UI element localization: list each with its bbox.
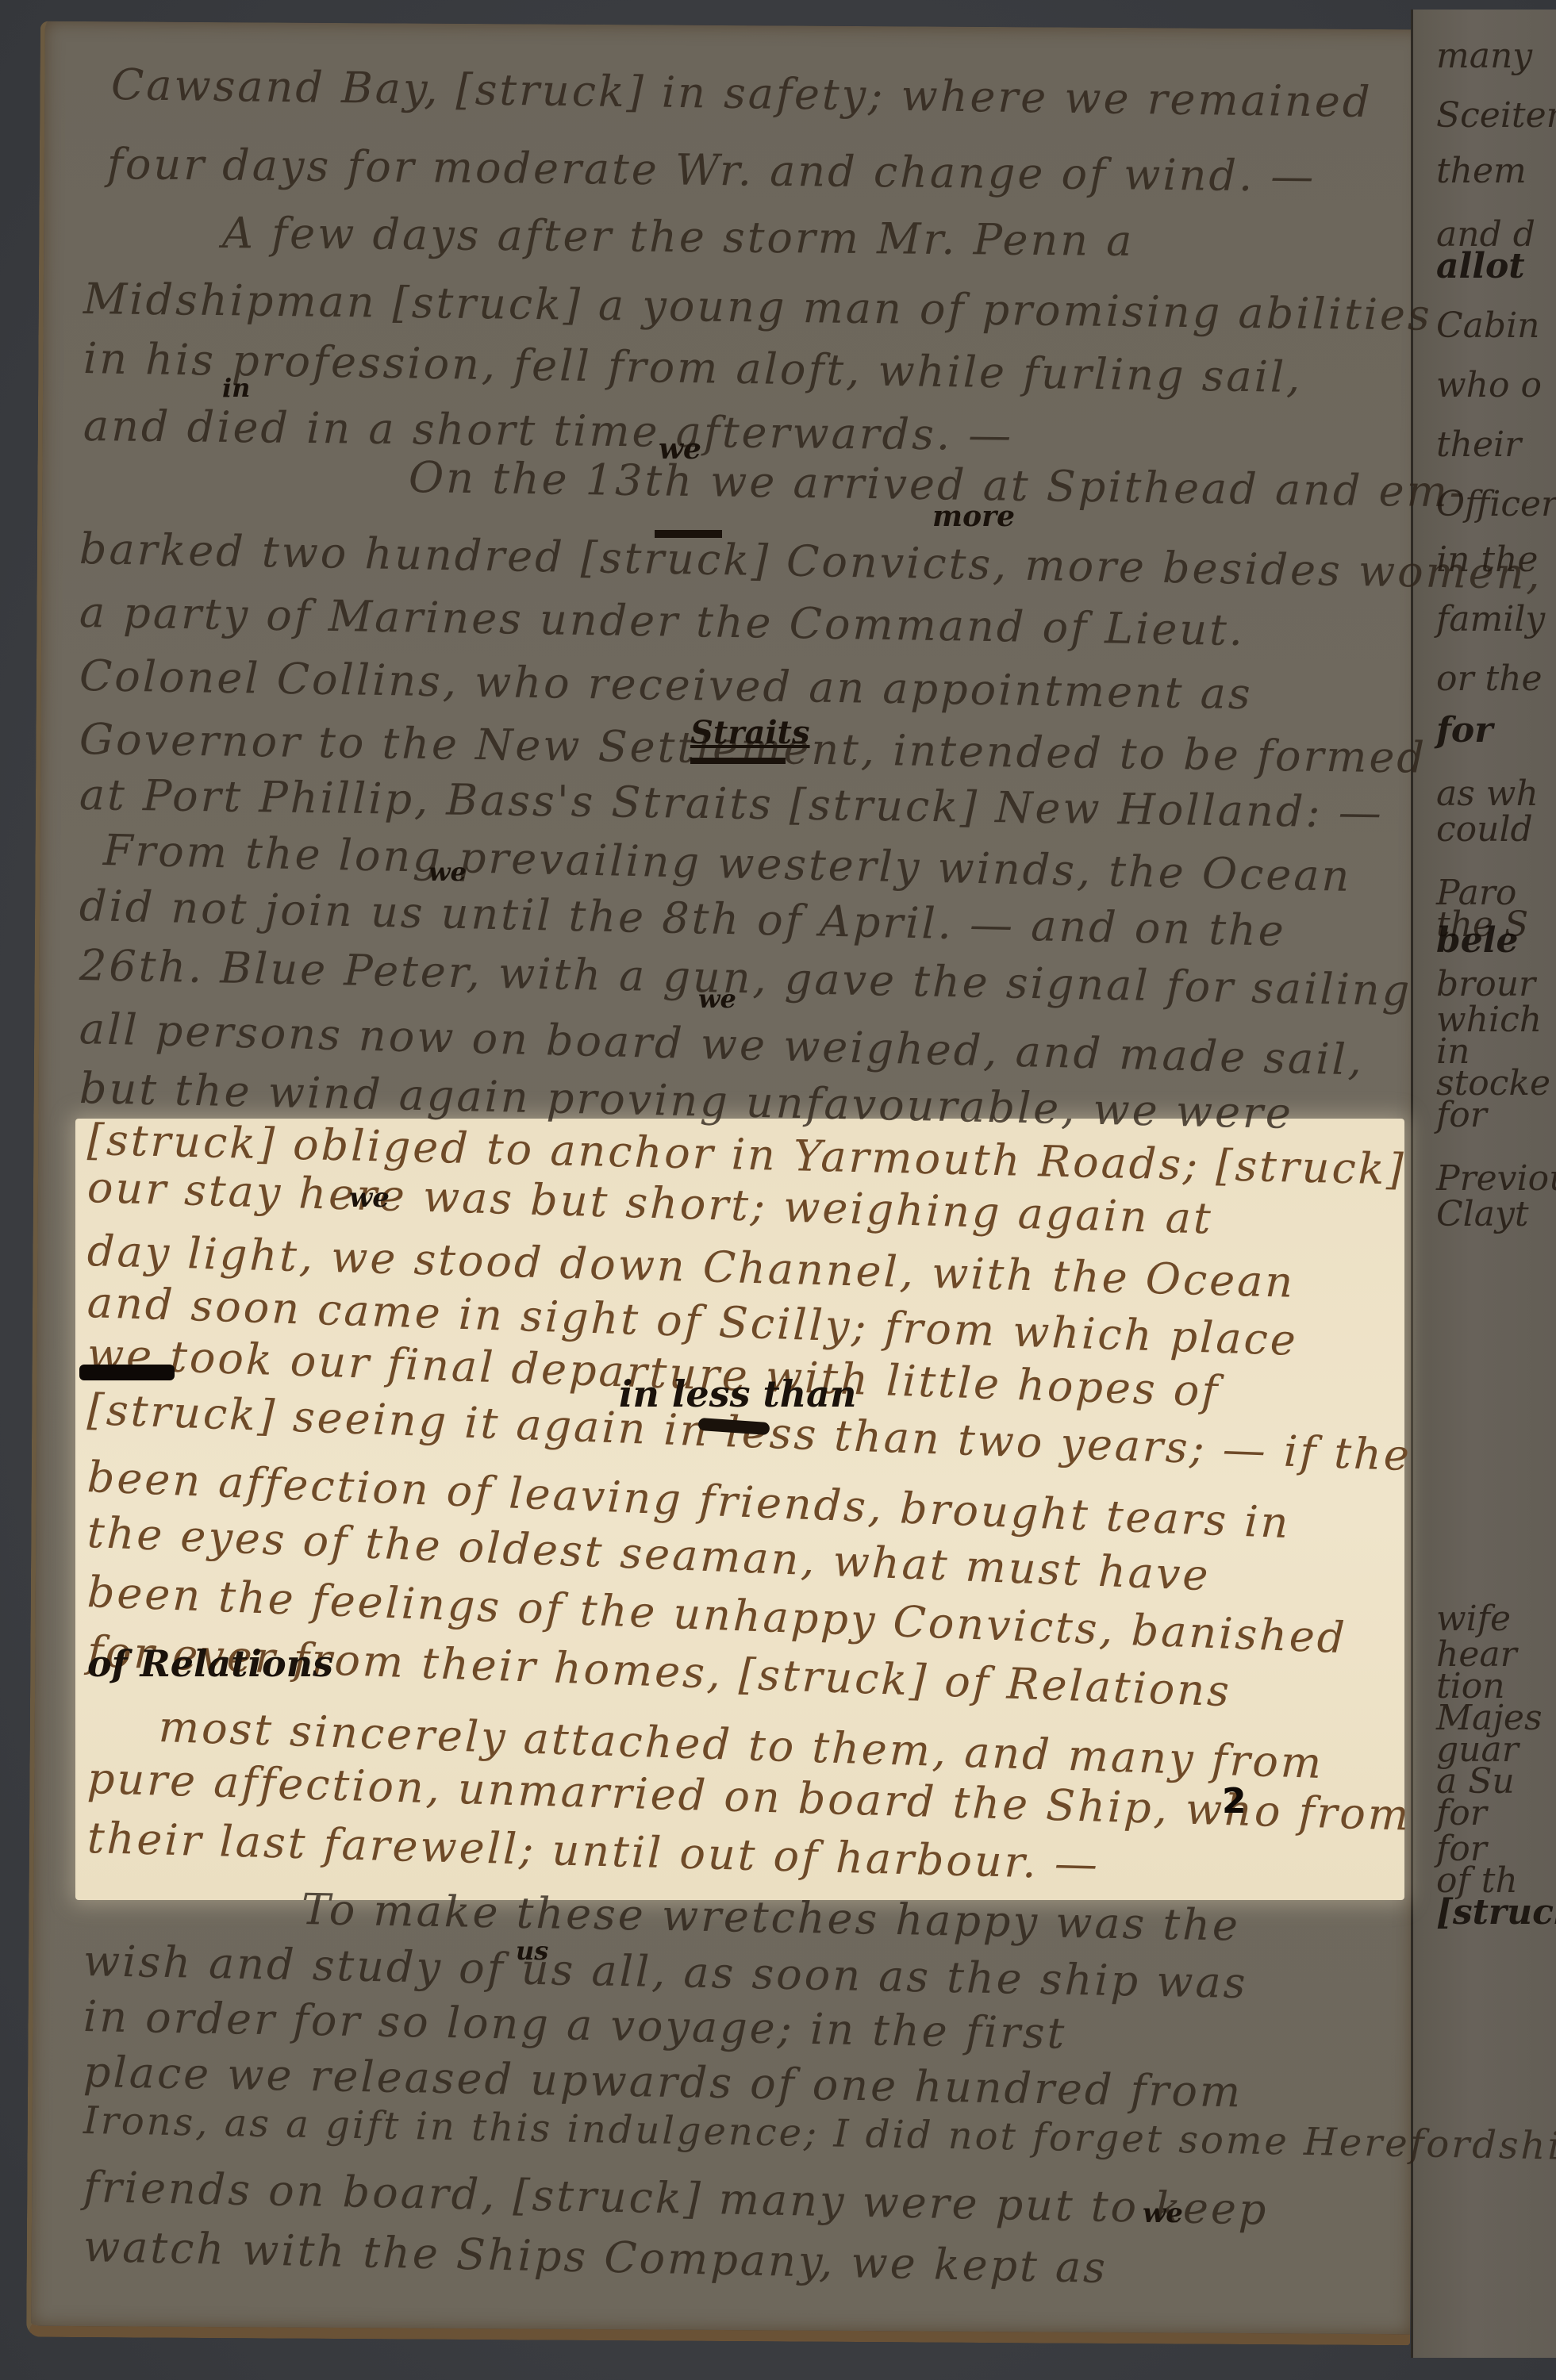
insertion-we: we xyxy=(659,432,701,466)
adjacent-line: many xyxy=(1436,36,1532,76)
strikethrough-mark xyxy=(690,758,786,764)
adjacent-line: or the xyxy=(1436,658,1543,699)
adjacent-line: Sceiten xyxy=(1436,95,1556,136)
adjacent-line: bele xyxy=(1436,920,1518,961)
adjacent-line: [struck] xyxy=(1436,1892,1556,1933)
manuscript-line: A few days after the storm Mr. Penn a xyxy=(222,208,1135,266)
insertion-straits: Straits xyxy=(690,714,810,751)
insertion-in-less-than: in less than xyxy=(619,1372,856,1415)
adjacent-line: Clayt xyxy=(1436,1194,1529,1234)
adjacent-line: family xyxy=(1436,599,1545,639)
insertion-in: in xyxy=(222,373,250,403)
insertion-we: we xyxy=(428,857,467,887)
adjacent-line: for xyxy=(1436,1095,1487,1135)
adjacent-line: in the xyxy=(1436,539,1538,580)
adjacent-line: for xyxy=(1436,1793,1487,1833)
insertion-we: we xyxy=(698,984,736,1014)
adjacent-line: could xyxy=(1436,809,1533,850)
insertion-us: us xyxy=(516,1936,548,1966)
adjacent-line: allot xyxy=(1436,246,1525,286)
adjacent-line: wife xyxy=(1436,1599,1511,1639)
adjacent-line: their xyxy=(1436,424,1521,465)
strikethrough-mark xyxy=(79,1365,175,1380)
adjacent-line: them xyxy=(1436,151,1527,191)
footnote-marker: 2 xyxy=(1222,1781,1247,1821)
insertion-we: we xyxy=(1143,2198,1183,2229)
adjacent-line: Cabin xyxy=(1436,305,1539,346)
adjacent-line: Officer xyxy=(1436,484,1556,524)
adjacent-line: brour xyxy=(1436,964,1535,1004)
insertion-more: more xyxy=(932,500,1015,533)
manuscript-line: and died in a short time afterwards. — xyxy=(83,401,1014,460)
adjacent-line: for xyxy=(1436,710,1493,750)
adjacent-line: as wh xyxy=(1436,773,1539,814)
adjacent-line: who o xyxy=(1436,365,1542,405)
strikethrough-mark xyxy=(655,530,722,538)
insertion-we: we xyxy=(349,1182,390,1214)
adjacent-line: Previou xyxy=(1436,1158,1556,1199)
insertion-of-relations: of Relations xyxy=(87,1642,333,1685)
